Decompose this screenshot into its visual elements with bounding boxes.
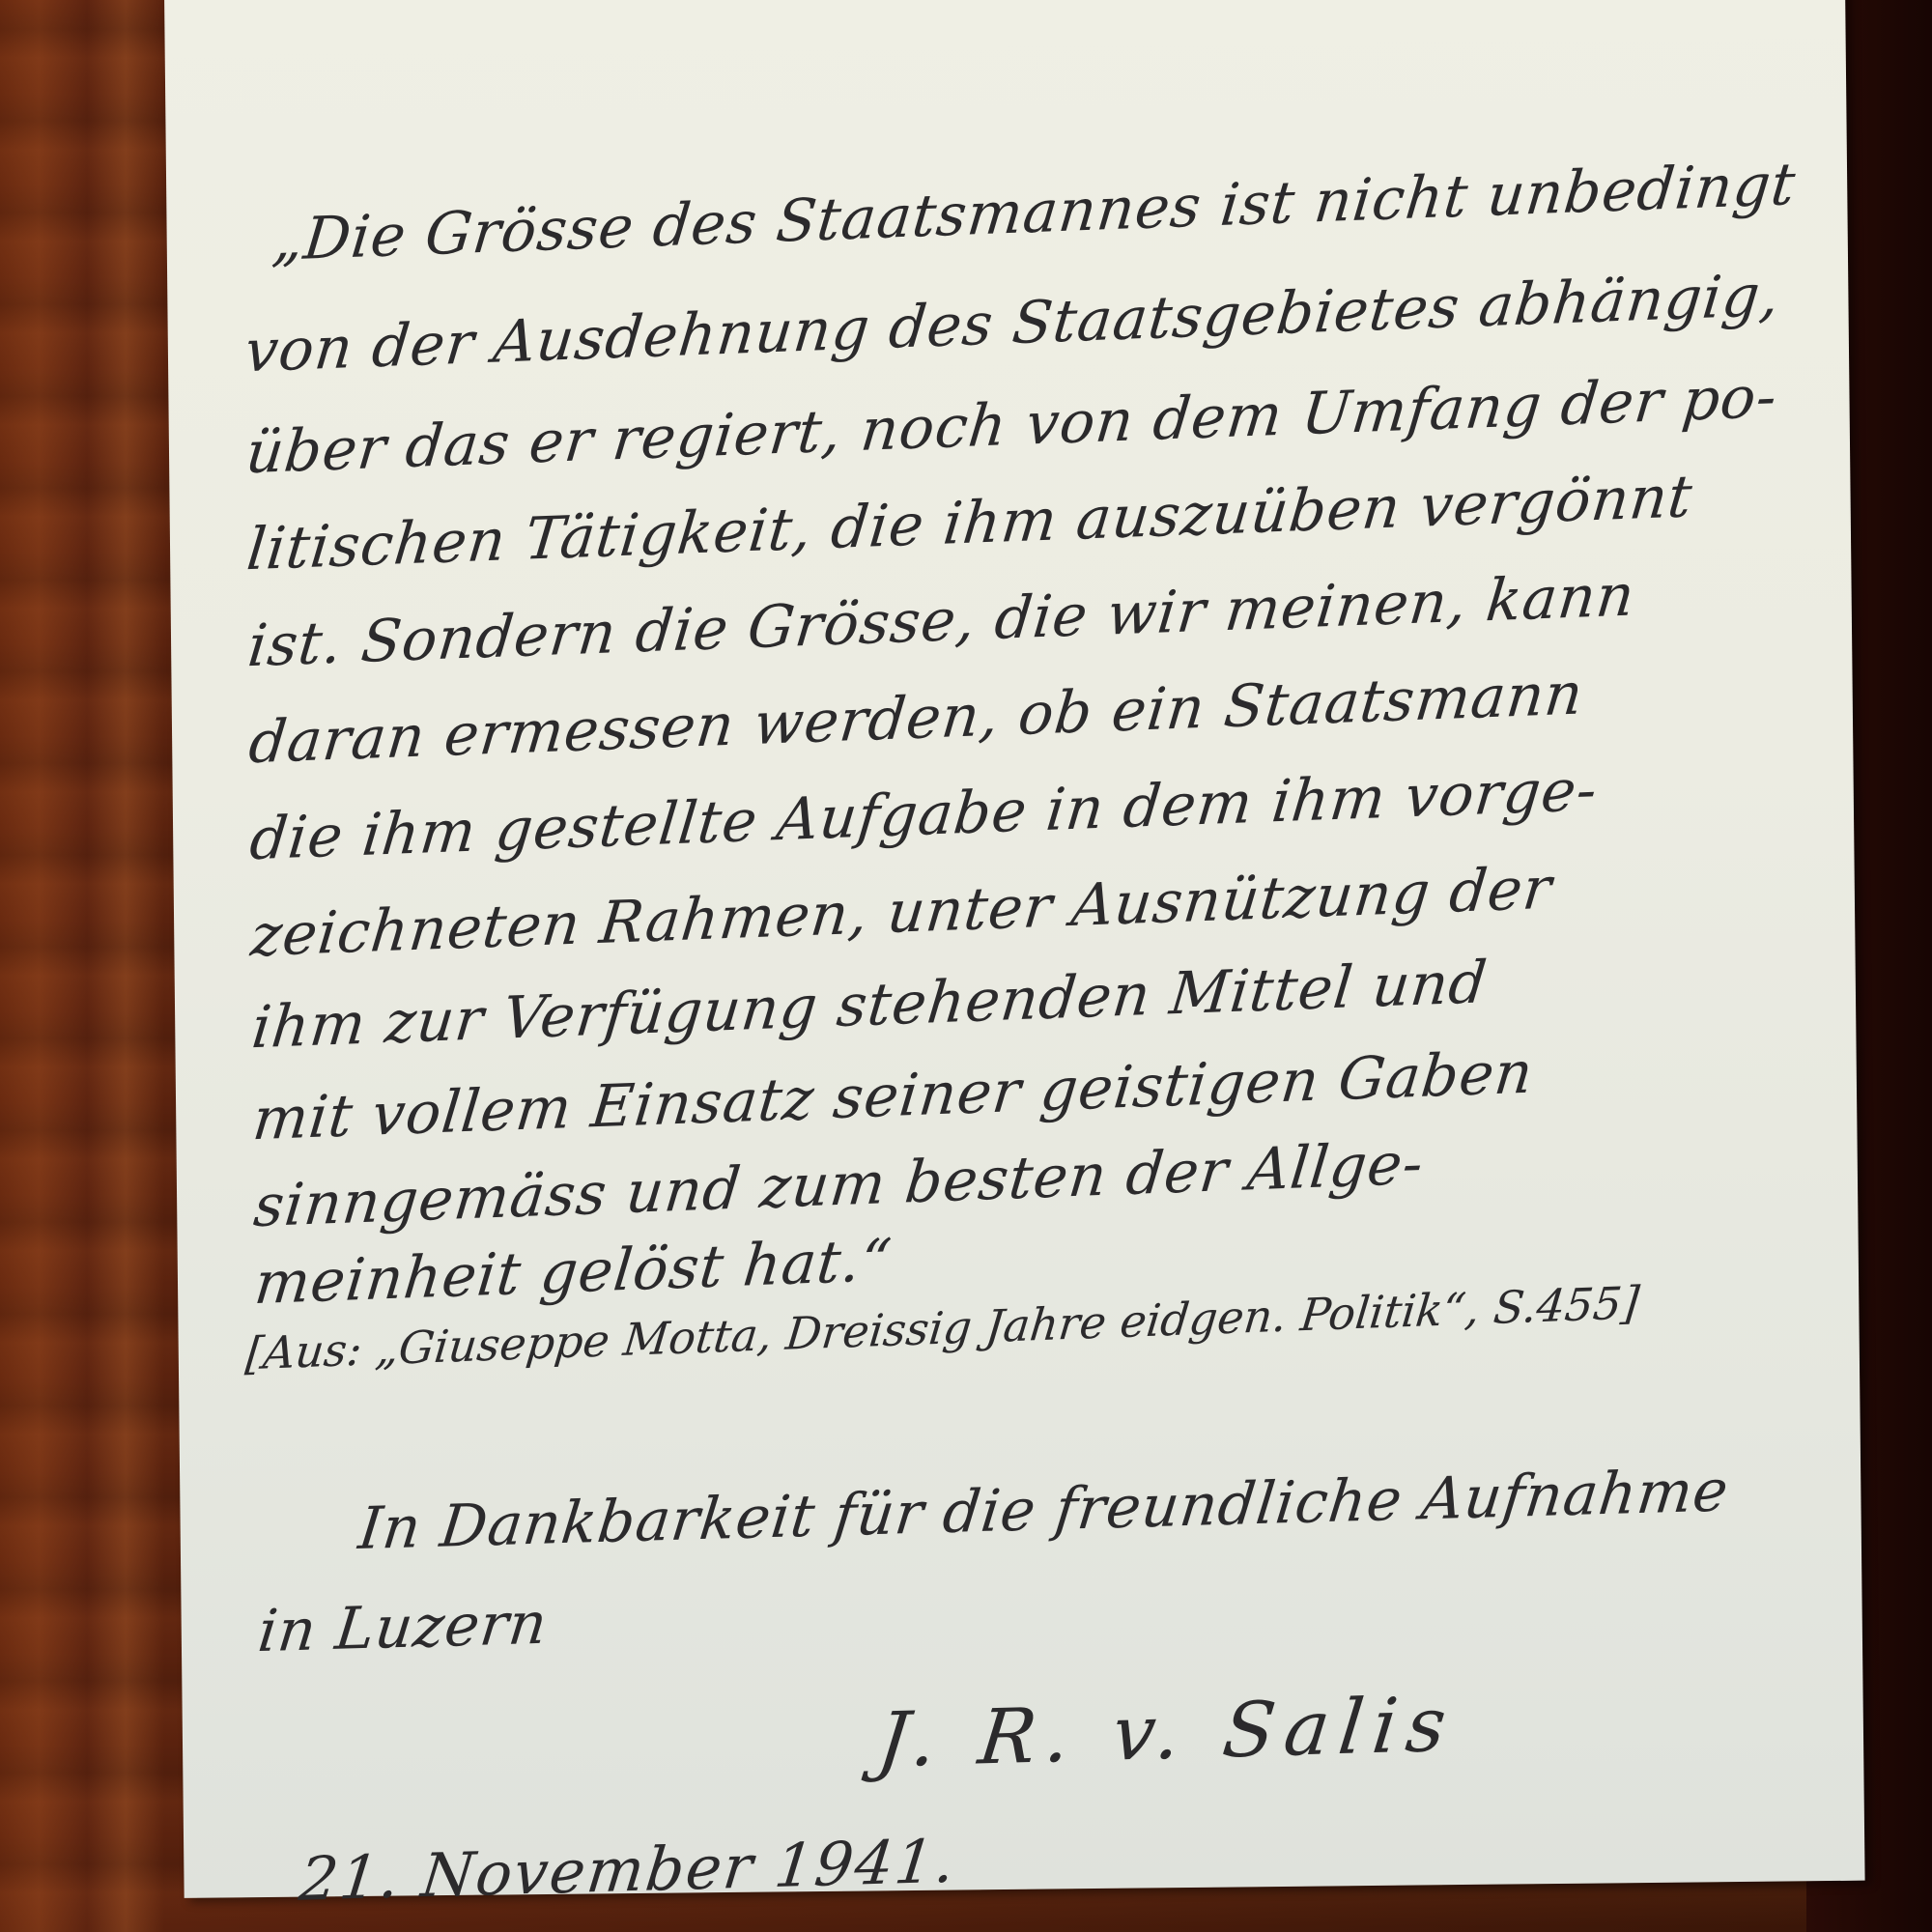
quote-line-4: litischen Tätigkeit, die ihm auszuüben v… [243,463,1695,583]
quote-line-1: „Die Grösse des Staatsmannes ist nicht u… [270,151,1799,274]
quote-line-7: die ihm gestellte Aufgabe in dem ihm vor… [247,756,1602,873]
quote-line-9: ihm zur Verfügung stehenden Mittel und [249,949,1491,1062]
quote-line-5: ist. Sondern die Grösse, die wir meinen,… [244,561,1637,680]
quote-line-12: meinheit gelöst hat.“ [251,1227,895,1318]
quote-line-2: von der Ausdehnung des Staatsgebietes ab… [241,262,1783,386]
signature: J. R. v. Salis [873,1682,1460,1785]
closing-line-1: In Dankbarkeit für die freundliche Aufna… [355,1457,1732,1563]
date: 21. November 1941. [296,1826,960,1915]
closing-line-2: in Luzern [255,1590,552,1666]
letter-paper: „Die Grösse des Staatsmannes ist nicht u… [164,0,1865,1898]
quote-line-6: daran ermessen werden, ob ein Staatsmann [246,660,1587,777]
